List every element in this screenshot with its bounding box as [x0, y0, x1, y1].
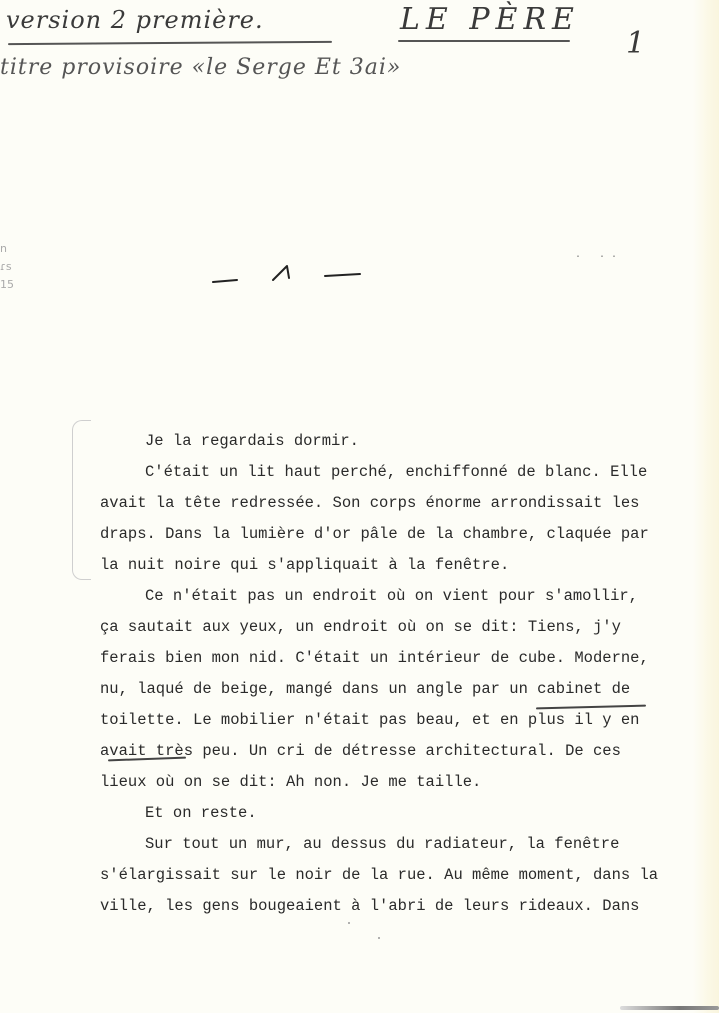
text-line: toilette. Le mobilier n'était pas beau, …: [100, 705, 660, 736]
handwritten-version-note: version 2 première.: [6, 6, 264, 34]
text-line: avait la tête redressée. Son corps énorm…: [100, 488, 660, 519]
margin-note: n: [0, 240, 14, 258]
ink-speck: [378, 937, 380, 939]
ink-speck: [348, 922, 350, 924]
typed-body: Je la regardais dormir. C'était un lit h…: [100, 426, 660, 922]
margin-notes: n ɾs 15: [0, 240, 14, 294]
text-line: Ce n'était pas un endroit où on vient po…: [100, 581, 660, 612]
text-line: avait très peu. Un cri de détresse archi…: [100, 736, 660, 767]
handwritten-title: LE PÈRE: [400, 2, 580, 37]
text-line: draps. Dans la lumière d'or pâle de la c…: [100, 519, 660, 550]
text-line: Je la regardais dormir.: [100, 426, 660, 457]
paper-bottom-edge: [620, 1006, 719, 1010]
paper-edge-shadow: [693, 0, 719, 1013]
handwritten-page-number: 1: [626, 26, 646, 61]
text-line: s'élargissait sur le noir de la rue. Au …: [100, 860, 660, 891]
text-line: ferais bien mon nid. C'était un intérieu…: [100, 643, 660, 674]
margin-bracket: [72, 420, 91, 580]
text-line: lieux où on se dit: Ah non. Je me taille…: [100, 767, 660, 798]
text-line: Sur tout un mur, au dessus du radiateur,…: [100, 829, 660, 860]
page-marker-one: [205, 250, 375, 290]
text-line: la nuit noire qui s'appliquait à la fenê…: [100, 550, 660, 581]
margin-note: ɾs: [0, 258, 14, 276]
text-line: nu, laqué de beige, mangé dans un angle …: [100, 674, 660, 705]
margin-note: 15: [0, 276, 14, 294]
text-line: ville, les gens bougeaient à l'abri de l…: [100, 891, 660, 922]
handwritten-subtitle-note: titre provisoire «le Serge Et 3ai»: [0, 55, 401, 80]
text-line: C'était un lit haut perché, enchiffonné …: [100, 457, 660, 488]
text-line: Et on reste.: [100, 798, 660, 829]
text-line: ça sautait aux yeux, un endroit où on se…: [100, 612, 660, 643]
version-note-underline: [8, 41, 332, 45]
title-underline: [398, 40, 570, 42]
ink-specks: · ··: [575, 252, 623, 263]
